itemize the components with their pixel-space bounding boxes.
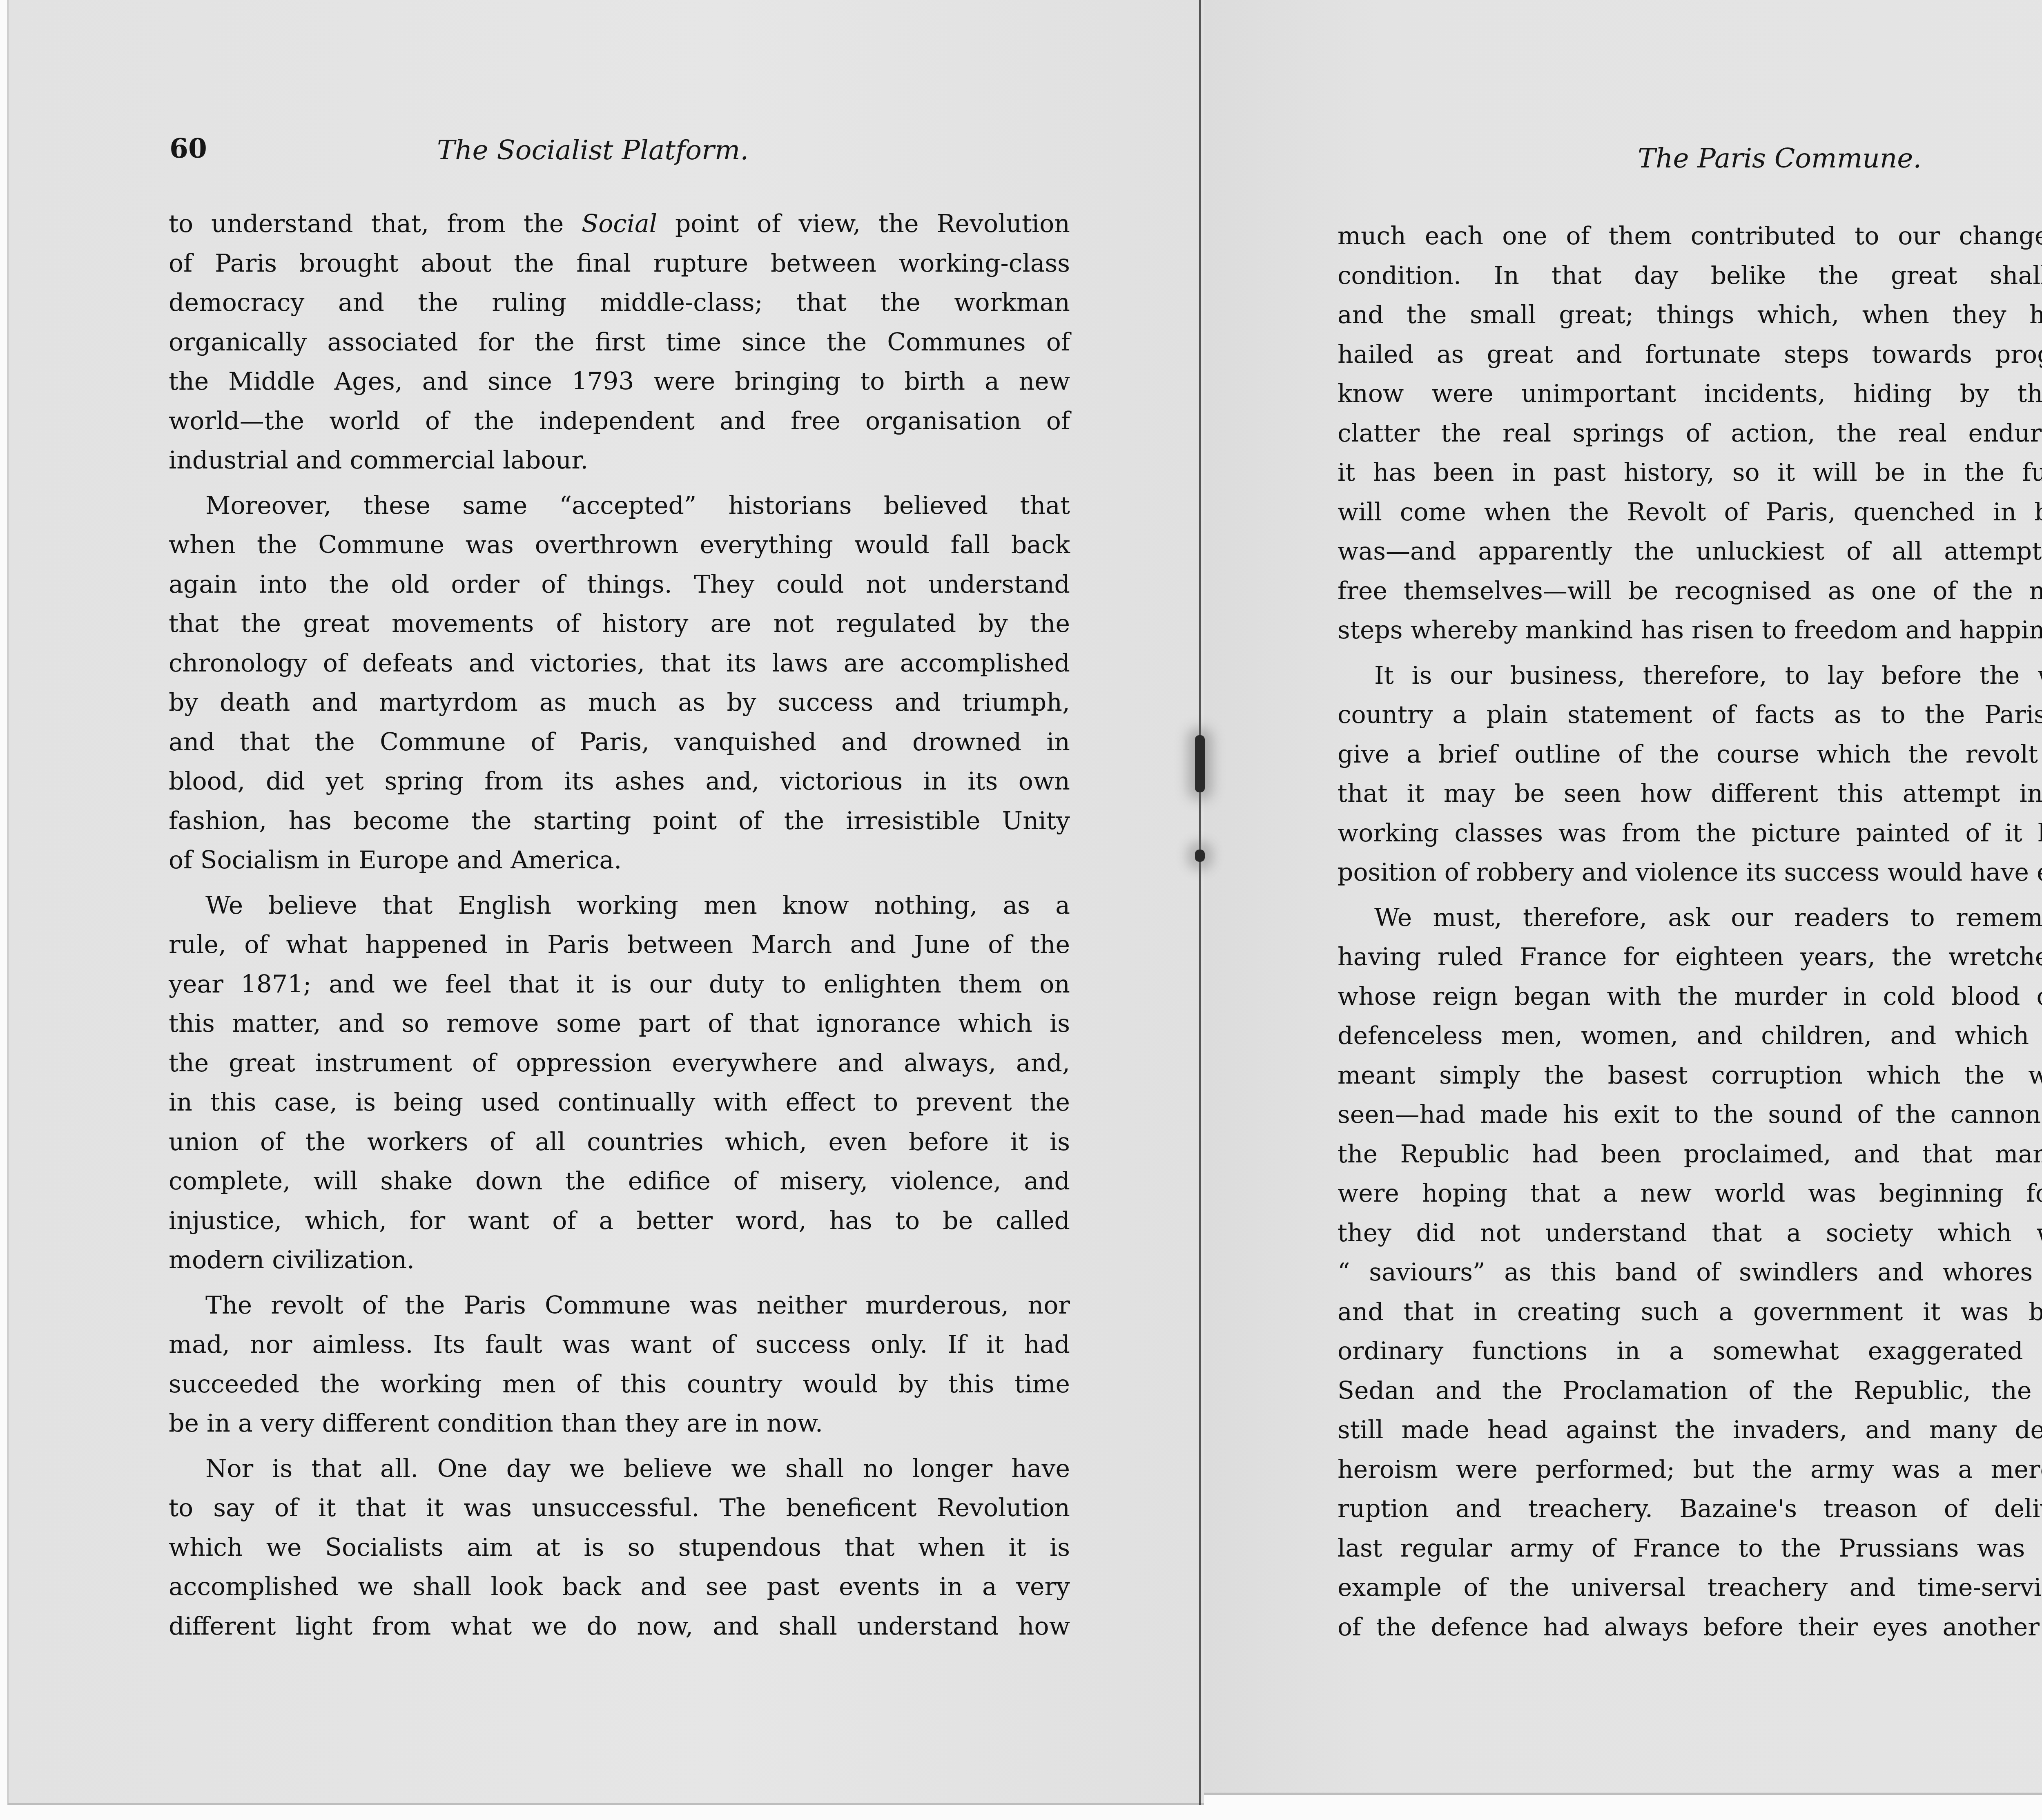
text-line: working classes was from the picture pai… bbox=[1338, 814, 2042, 853]
text-line: the Middle Ages, and since 1793 were bri… bbox=[169, 362, 1070, 401]
text-line: and the small great; things which, when … bbox=[1338, 295, 2042, 335]
text-line: to say of it that it was unsuccessful. T… bbox=[169, 1488, 1070, 1528]
text-line: injustice, which, for want of a better w… bbox=[169, 1201, 1070, 1241]
text-line: of Socialism in Europe and America. bbox=[169, 841, 1070, 880]
text-line: hailed as great and fortunate steps towa… bbox=[1338, 335, 2042, 375]
text-line: of the defence had always before their e… bbox=[1338, 1608, 2042, 1647]
text-line: again into the old order of things. They… bbox=[169, 565, 1070, 604]
text-line: in this case, is being used continually … bbox=[169, 1083, 1070, 1122]
text-line: different light from what we do now, and… bbox=[169, 1607, 1070, 1646]
text-line: fashion, has become the starting point o… bbox=[169, 801, 1070, 841]
text-line: Sedan and the Proclamation of the Republ… bbox=[1338, 1371, 2042, 1411]
text-line: mad, nor aimless. Its fault was want of … bbox=[169, 1325, 1070, 1365]
text-line: steps whereby mankind has risen to freed… bbox=[1338, 611, 2042, 650]
text-line: free themselves—will be recognised as on… bbox=[1338, 571, 2042, 611]
text-line: ruption and treachery. Bazaine's treason… bbox=[1338, 1489, 2042, 1529]
text-line: know were unimportant incidents, hiding … bbox=[1338, 374, 2042, 414]
text-line: be in a very different condition than th… bbox=[169, 1404, 1070, 1443]
text-line: modern civilization. bbox=[169, 1240, 1070, 1280]
text-line: seen—had made his exit to the sound of t… bbox=[1338, 1095, 2042, 1135]
text-line: it has been in past history, so it will … bbox=[1338, 453, 2042, 493]
text-line: were hoping that a new world was beginni… bbox=[1338, 1174, 2042, 1213]
emphasis-text: Social bbox=[582, 210, 657, 238]
text-line: It is our business, therefore, to lay be… bbox=[1338, 656, 2042, 696]
text-line: chronology of defeats and victories, tha… bbox=[169, 644, 1070, 683]
text-line: We must, therefore, ask our readers to r… bbox=[1338, 898, 2042, 938]
text-line: The revolt of the Paris Commune was neit… bbox=[169, 1286, 1070, 1325]
paragraph: Nor is that all. One day we believe we s… bbox=[169, 1449, 1070, 1646]
text-line: Nor is that all. One day we believe we s… bbox=[169, 1449, 1070, 1489]
text-line: which we Socialists aim at is so stupend… bbox=[169, 1528, 1070, 1568]
text-line: world—the world of the independent and f… bbox=[169, 401, 1070, 441]
paragraph: It is our business, therefore, to lay be… bbox=[1338, 656, 2042, 892]
paragraph: We believe that English working men know… bbox=[169, 886, 1070, 1280]
text-line: succeeded the working men of this countr… bbox=[169, 1365, 1070, 1404]
text-line: meant simply the basest corruption which… bbox=[1338, 1056, 2042, 1095]
text-line: and that the Commune of Paris, vanquishe… bbox=[169, 723, 1070, 762]
text-line: by death and martyrdom as much as by suc… bbox=[169, 683, 1070, 723]
text-line: complete, will shake down the edifice of… bbox=[169, 1162, 1070, 1201]
text-line: much each one of them contributed to our… bbox=[1338, 216, 2042, 256]
text-line: accomplished we shall look back and see … bbox=[169, 1567, 1070, 1607]
text-line: rule, of what happened in Paris between … bbox=[169, 925, 1070, 965]
paragraph-gap bbox=[1338, 892, 2042, 898]
text-line: the Republic had been proclaimed, and th… bbox=[1338, 1135, 2042, 1174]
left-running-head: The Socialist Platform. bbox=[437, 137, 749, 164]
text-line: when the Commune was overthrown everythi… bbox=[169, 525, 1070, 565]
text-line: democracy and the ruling middle-class; t… bbox=[169, 283, 1070, 323]
paragraph: We must, therefore, ask our readers to r… bbox=[1338, 898, 2042, 1647]
text-line: this matter, and so remove some part of … bbox=[169, 1004, 1070, 1044]
text-line: industrial and commercial labour. bbox=[169, 441, 1070, 480]
text-line: example of the universal treachery and t… bbox=[1338, 1568, 2042, 1608]
book-gutter-fold bbox=[1199, 0, 1201, 1805]
text-line: still made head against the invaders, an… bbox=[1338, 1410, 2042, 1450]
text-line: last regular army of France to the Pruss… bbox=[1338, 1529, 2042, 1568]
text-line: country a plain statement of facts as to… bbox=[1338, 695, 2042, 735]
text-line: organically associated for the first tim… bbox=[169, 323, 1070, 362]
text-line: that it may be seen how different this a… bbox=[1338, 774, 2042, 814]
text-line: of Paris brought about the final rupture… bbox=[169, 244, 1070, 283]
text-line: “ saviours” as this band of swindlers an… bbox=[1338, 1253, 2042, 1292]
text-line: heroism were performed; but the army was… bbox=[1338, 1450, 2042, 1490]
left-page-number: 60 bbox=[169, 135, 207, 162]
text-line: that the great movements of history are … bbox=[169, 604, 1070, 644]
left-page-body: to understand that, from the Social poin… bbox=[169, 204, 1070, 1646]
right-page-body: much each one of them contributed to our… bbox=[1338, 216, 2042, 1647]
paragraph-gap bbox=[169, 880, 1070, 886]
text-line: blood, did yet spring from its ashes and… bbox=[169, 762, 1070, 801]
paragraph-gap bbox=[1338, 650, 2042, 656]
text-line: Moreover, these same “accepted” historia… bbox=[169, 486, 1070, 526]
staple-mark bbox=[1195, 735, 1205, 792]
text-line: to understand that, from the Social poin… bbox=[169, 204, 1070, 244]
paragraph: Moreover, these same “accepted” historia… bbox=[169, 486, 1070, 880]
text-line: will come when the Revolt of Paris, quen… bbox=[1338, 493, 2042, 532]
paragraph-gap bbox=[169, 480, 1070, 486]
text-line: the great instrument of oppression every… bbox=[169, 1044, 1070, 1083]
text-line: We believe that English working men know… bbox=[169, 886, 1070, 926]
text-line: having ruled France for eighteen years, … bbox=[1338, 937, 2042, 977]
right-running-head: The Paris Commune. bbox=[1638, 145, 1922, 172]
paragraph: The revolt of the Paris Commune was neit… bbox=[169, 1286, 1070, 1443]
text-line: ordinary functions in a somewhat exagger… bbox=[1338, 1332, 2042, 1371]
paragraph: much each one of them contributed to our… bbox=[1338, 216, 2042, 650]
text-line: they did not understand that a society w… bbox=[1338, 1213, 2042, 1253]
text-line: give a brief outline of the course which… bbox=[1338, 735, 2042, 774]
paragraph-gap bbox=[169, 1280, 1070, 1286]
text-line: defenceless men, women, and children, an… bbox=[1338, 1016, 2042, 1056]
text-line: clatter the real springs of action, the … bbox=[1338, 414, 2042, 453]
text-line: whose reign began with the murder in col… bbox=[1338, 977, 2042, 1017]
staple-mark bbox=[1195, 850, 1205, 862]
text-line: was—and apparently the unluckiest of all… bbox=[1338, 532, 2042, 571]
text-line: and that in creating such a government i… bbox=[1338, 1292, 2042, 1332]
text-line: position of robbery and violence its suc… bbox=[1338, 853, 2042, 892]
text-line: condition. In that day belike the great … bbox=[1338, 256, 2042, 296]
book-spread: 60 The Socialist Platform. The Paris Com… bbox=[0, 0, 2042, 1820]
paragraph-gap bbox=[169, 1443, 1070, 1449]
text-line: year 1871; and we feel that it is our du… bbox=[169, 965, 1070, 1004]
text-line: union of the workers of all countries wh… bbox=[169, 1122, 1070, 1162]
paragraph: to understand that, from the Social poin… bbox=[169, 204, 1070, 480]
